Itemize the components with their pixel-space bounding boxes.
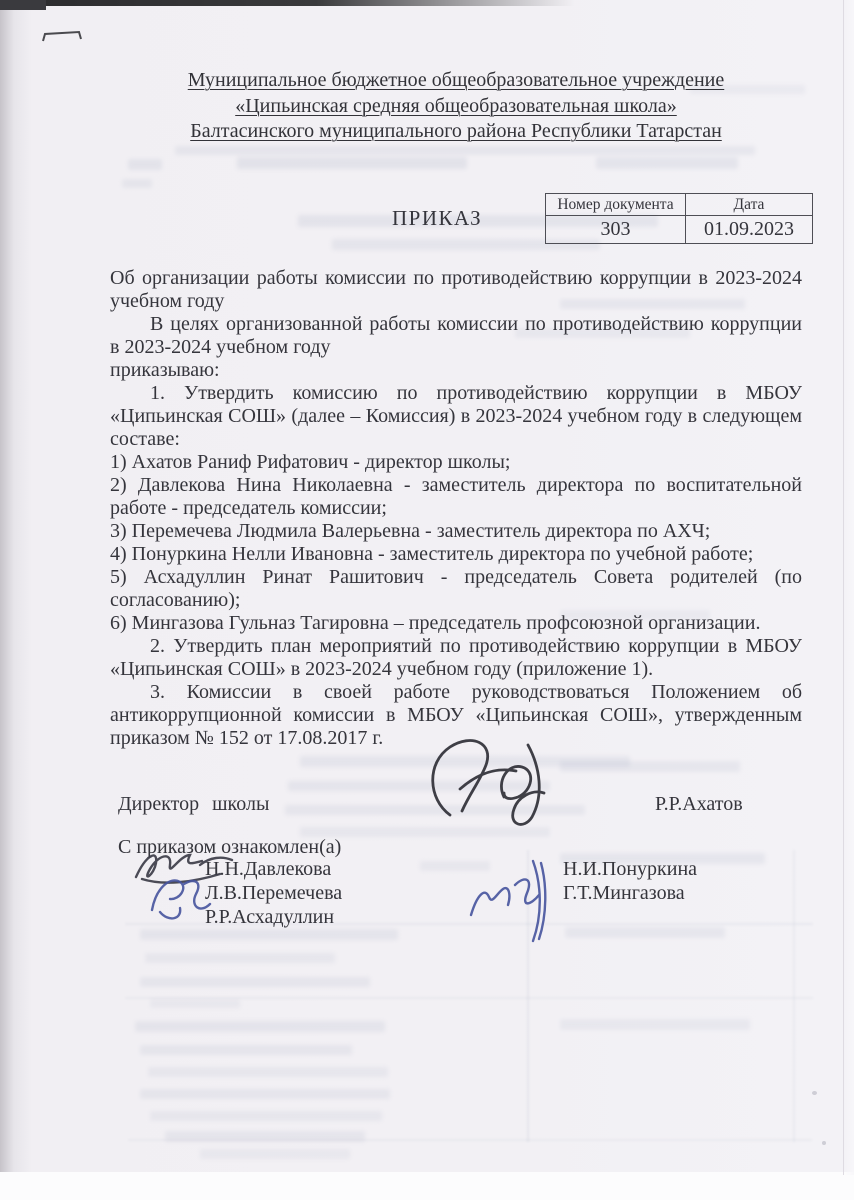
order-subject: Об организации работы комиссии по против… <box>110 267 802 313</box>
order-paragraph: 1. Утвердить комиссию по противодействию… <box>110 382 802 451</box>
document-header: Муниципальное бюджетное общеобразователь… <box>110 68 802 145</box>
commission-member-item: 3) Перемечева Людмила Валерьевна - замес… <box>110 520 802 543</box>
staple-mark <box>40 28 86 46</box>
order-paragraph: 2. Утвердить план мероприятий по противо… <box>110 635 802 681</box>
scan-edge-right <box>843 0 854 1175</box>
director-label: Директор школы <box>118 793 269 816</box>
header-line-1: Муниципальное бюджетное общеобразователь… <box>110 68 802 94</box>
peremecheva-signature <box>142 868 234 920</box>
director-name: Р.Р.Ахатов <box>655 793 743 816</box>
header-line-3: Балтасинского муниципального района Респ… <box>110 119 802 145</box>
document-number-table: Номер документа Дата 303 01.09.2023 <box>545 193 813 244</box>
scan-edge-top-corner <box>0 0 46 10</box>
date-value-cell: 01.09.2023 <box>686 216 813 244</box>
order-body: Об организации работы комиссии по против… <box>110 267 802 750</box>
header-line-2: «Ципьинская средняя общеобразовательная … <box>110 94 802 120</box>
order-title: ПРИКАЗ <box>392 206 482 231</box>
number-header-cell: Номер документа <box>546 194 686 216</box>
order-paragraph: В целях организованной работы комиссии п… <box>110 313 802 359</box>
scanned-document-page: Муниципальное бюджетное общеобразователь… <box>0 0 854 1200</box>
director-signature <box>420 733 580 833</box>
commission-member-item: 2) Давлекова Нина Николаевна - заместите… <box>110 474 802 520</box>
scan-edge-top <box>0 0 575 6</box>
commission-member-item: 5) Асхадуллин Ринат Рашитович - председа… <box>110 566 802 612</box>
mingazova-signature <box>465 853 565 949</box>
ack-name: Н.И.Понуркина <box>563 858 697 881</box>
ack-name: Г.Т.Мингазова <box>563 882 685 905</box>
commission-member-item: 1) Ахатов Раниф Рифатович - директор шко… <box>110 451 802 474</box>
commission-member-item: 4) Понуркина Нелли Ивановна - заместител… <box>110 543 802 566</box>
date-header-cell: Дата <box>686 194 813 216</box>
scan-edge-bottom <box>0 1172 854 1200</box>
order-paragraph: приказываю: <box>110 359 802 382</box>
commission-member-item: 6) Мингазова Гульназ Тагировна – председ… <box>110 612 802 635</box>
number-value-cell: 303 <box>546 216 686 244</box>
